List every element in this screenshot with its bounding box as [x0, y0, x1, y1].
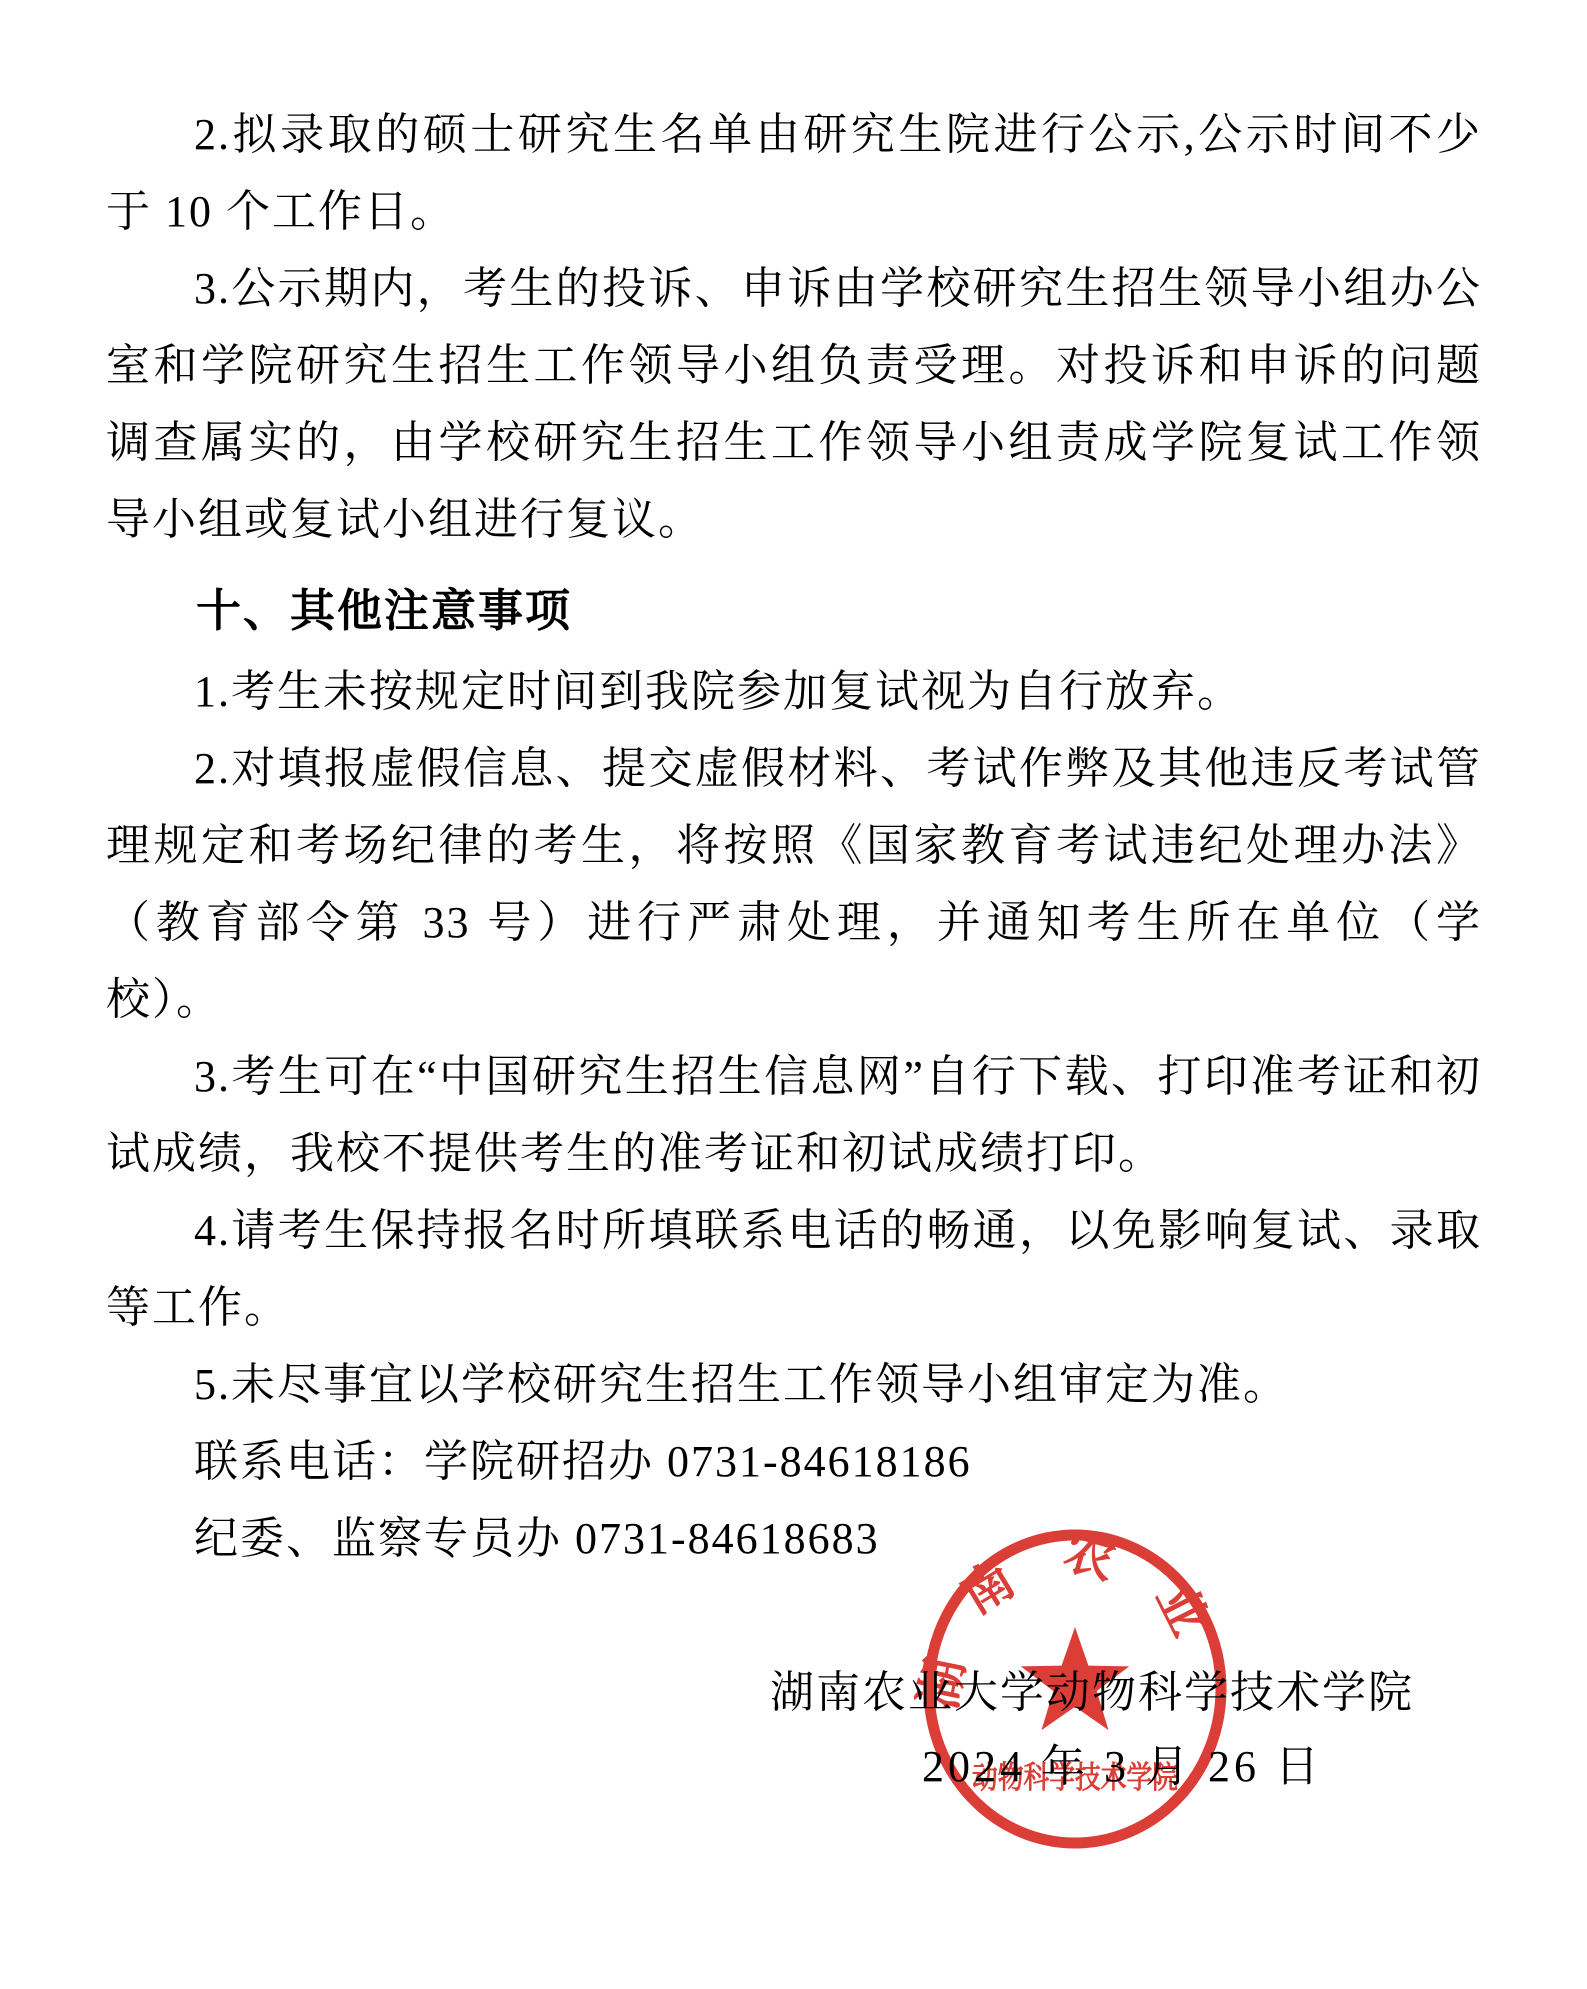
document-page: 2.拟录取的硕士研究生名单由研究生院进行公示,公示时间不少于 10 个工作日。 … — [0, 0, 1587, 1989]
note-4: 4.请考生保持报名时所填联系电话的畅通，以免影响复试、录取等工作。 — [106, 1192, 1482, 1346]
signature-organization: 湖南农业大学动物科学技术学院 — [770, 1664, 1414, 1722]
section-heading-other-notes: 十、其他注意事项 — [106, 572, 1482, 649]
note-1: 1.考生未按规定时间到我院参加复试视为自行放弃。 — [106, 653, 1482, 730]
contact-phone-admissions: 联系电话：学院研招办 0731-84618186 — [106, 1423, 1482, 1500]
contact-phone-discipline: 纪委、监察专员办 0731-84618683 — [106, 1500, 1482, 1577]
document-body: 2.拟录取的硕士研究生名单由研究生院进行公示,公示时间不少于 10 个工作日。 … — [106, 96, 1482, 1577]
note-2: 2.对填报虚假信息、提交虚假材料、考试作弊及其他违反考试管理规定和考场纪律的考生… — [106, 730, 1482, 1038]
paragraph-appeal: 3.公示期内，考生的投诉、申诉由学校研究生招生领导小组办公室和学院研究生招生工作… — [106, 250, 1482, 558]
note-3: 3.考生可在“中国研究生招生信息网”自行下载、打印准考证和初试成绩，我校不提供考… — [106, 1038, 1482, 1192]
signature-date: 2024 年 3 月 26 日 — [922, 1738, 1323, 1796]
paragraph-publicity: 2.拟录取的硕士研究生名单由研究生院进行公示,公示时间不少于 10 个工作日。 — [106, 96, 1482, 250]
note-5: 5.未尽事宜以学校研究生招生工作领导小组审定为准。 — [106, 1346, 1482, 1423]
